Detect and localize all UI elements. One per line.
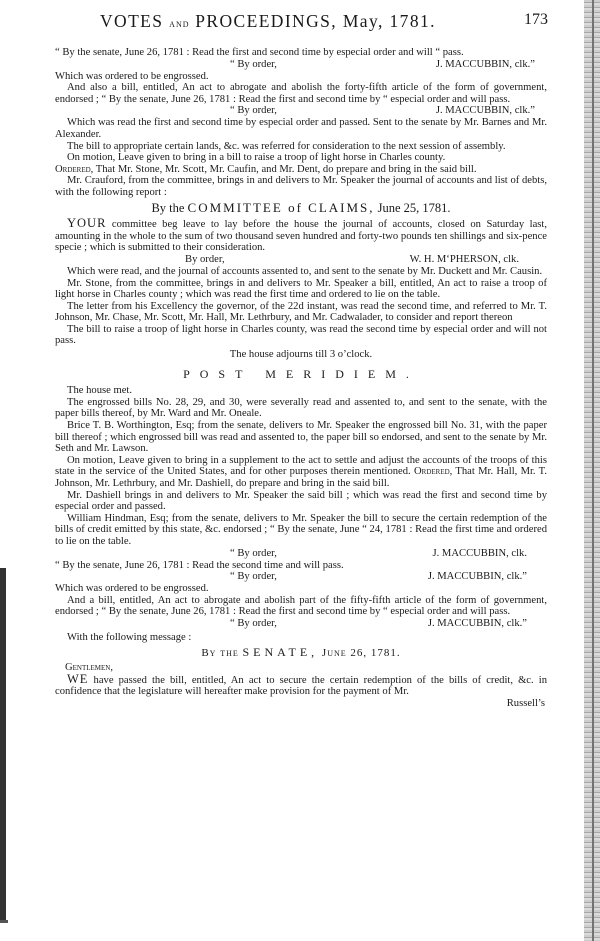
report-text: committee beg leave to lay before the ho… [55, 219, 547, 253]
page-binding-edge [584, 0, 600, 941]
header-title-and: and [169, 18, 189, 30]
paragraph: Which was read the first and second time… [55, 117, 547, 140]
clerk-name: J. MACCUBBIN, clk. [433, 548, 527, 560]
paragraph: And also a bill, entitled, An act to abr… [55, 82, 547, 105]
signature-line: By order, W. H. M‘PHERSON, clk. [55, 254, 547, 266]
paragraph: With the following message : [55, 632, 547, 644]
document-page: VOTES and PROCEEDINGS, May, 1781. 173 “ … [0, 0, 600, 941]
by-order: By order, [185, 254, 225, 266]
signature-line: “ By order, J. MACCUBBIN, clk.” [55, 571, 547, 583]
page-body: “ By the senate, June 26, 1781 : Read th… [55, 47, 547, 710]
message-initial: WE [67, 672, 88, 686]
clerk-name: J. MACCUBBIN, clk.” [428, 618, 527, 630]
header-title-year: 1781. [390, 11, 436, 31]
page-left-edge [0, 568, 6, 923]
signature-line: “ By order, J. MACCUBBIN, clk.” [55, 59, 547, 71]
signature-line: “ By order, J. MACCUBBIN, clk. [55, 548, 547, 560]
paragraph: Mr. Stone, from the committee, brings in… [55, 278, 547, 301]
committee-heading: By the COMMITTEE of CLAIMS, June 25, 178… [55, 202, 547, 215]
heading-date: June 25, 1781. [378, 201, 451, 215]
paragraph: On motion, Leave given to bring in a bil… [55, 152, 547, 164]
paragraph: And a bill, entitled, An act to abrogate… [55, 595, 547, 618]
paragraph-text: That Mr. Stone, Mr. Scott, Mr. Caufin, a… [93, 164, 476, 175]
report-paragraph: YOUR committee beg leave to lay before t… [55, 218, 547, 254]
paragraph: The engrossed bills No. 28, 29, and 30, … [55, 397, 547, 420]
paragraph: The bill to appropriate certain lands, &… [55, 141, 547, 153]
paragraph: Brice T. B. Worthington, Esq; from the s… [55, 420, 547, 455]
post-meridiem-heading: POST MERIDIEM. [55, 369, 547, 381]
heading-pre: By the [151, 201, 184, 215]
by-order: “ By order, [230, 105, 277, 117]
salutation: Gentlemen, [55, 662, 547, 674]
message-text: have passed the bill, entitled, An act t… [55, 675, 547, 698]
paragraph: William Hindman, Esq; from the senate, d… [55, 513, 547, 548]
heading-pre: By the [201, 647, 238, 659]
page-number: 173 [524, 11, 548, 29]
ordered-label: Ordered, [55, 164, 93, 175]
paragraph: Which was ordered to be engrossed. [55, 71, 547, 83]
ordered-label: Ordered, [414, 466, 452, 477]
header-title-proceedings: PROCEEDINGS, [195, 11, 337, 31]
clerk-name: W. H. M‘PHERSON, clk. [410, 254, 519, 266]
paragraph: The bill to raise a troop of light horse… [55, 324, 547, 347]
catchword: Russell’s [55, 698, 547, 710]
paragraph: Mr. Dashiell brings in and delivers to M… [55, 490, 547, 513]
clerk-name: J. MACCUBBIN, clk.” [436, 105, 535, 117]
paragraph: The house met. [55, 385, 547, 397]
clerk-name: J. MACCUBBIN, clk.” [436, 59, 535, 71]
running-header: VOTES and PROCEEDINGS, May, 1781. 173 [100, 11, 548, 35]
paragraph: The letter from his Excellency the gover… [55, 301, 547, 324]
by-order: “ By order, [230, 571, 277, 583]
by-order: “ By order, [230, 59, 277, 71]
heading-main: SENATE, [243, 645, 319, 659]
heading-main: COMMITTEE of CLAIMS, [188, 200, 375, 215]
clerk-name: J. MACCUBBIN, clk.” [428, 571, 527, 583]
message-paragraph: WE have passed the bill, entitled, An ac… [55, 674, 547, 698]
header-title: VOTES and PROCEEDINGS, May, 1781. [100, 11, 436, 32]
adjournment: The house adjourns till 3 o’clock. [55, 349, 547, 361]
header-title-votes: VOTES [100, 11, 163, 31]
paragraph: “ By the senate, June 26, 1781 : Read th… [55, 47, 547, 59]
paragraph: Which was ordered to be engrossed. [55, 583, 547, 595]
by-order: “ By order, [230, 618, 277, 630]
paragraph: Ordered, That Mr. Stone, Mr. Scott, Mr. … [55, 164, 547, 176]
paragraph: Mr. Crauford, from the committee, brings… [55, 175, 547, 198]
paragraph: Which were read, and the journal of acco… [55, 266, 547, 278]
header-title-month: May, [343, 11, 384, 31]
paragraph: “ By the senate, June 26, 1781 : Read th… [55, 560, 547, 572]
paragraph: On motion, Leave given to bring in a sup… [55, 455, 547, 490]
report-initial: YOUR [67, 216, 106, 230]
by-order: “ By order, [230, 548, 277, 560]
senate-heading: By the SENATE, June 26, 1781. [55, 647, 547, 660]
signature-line: “ By order, J. MACCUBBIN, clk.” [55, 105, 547, 117]
heading-date: June 26, 1781. [322, 647, 401, 659]
signature-line: “ By order, J. MACCUBBIN, clk.” [55, 618, 547, 630]
